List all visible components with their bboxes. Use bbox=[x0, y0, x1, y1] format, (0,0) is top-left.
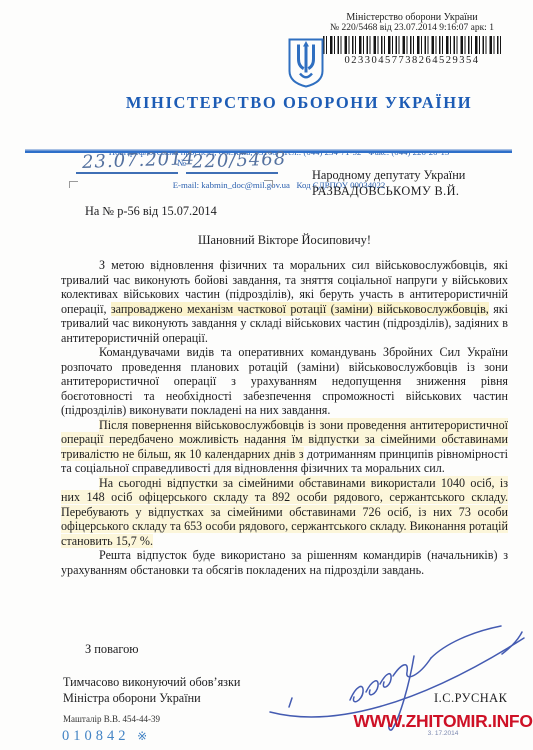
executor-contact: Машталір В.В. 454-44-39 bbox=[63, 714, 160, 724]
registration-stamp: Міністерство оборони України № 220/5468 … bbox=[298, 12, 526, 66]
stamp-ministry-line: Міністерство оборони України bbox=[298, 12, 526, 23]
corner-mark-left bbox=[69, 181, 78, 188]
number-blank-line bbox=[186, 172, 278, 174]
scanned-letter-page: Міністерство оборони України № 220/5468 … bbox=[0, 0, 533, 750]
paragraph-4: На сьогодні відпустки за сімейними обста… bbox=[61, 476, 508, 549]
paragraph-1-highlight: запроваджено механізм часткової ротації … bbox=[111, 302, 489, 316]
barcode bbox=[323, 36, 501, 54]
signer-name: І.С.РУСНАК bbox=[434, 691, 507, 706]
paragraph-2: Командувачами видів та оперативних коман… bbox=[61, 345, 508, 418]
site-watermark: WWW.ZHITOMIR.INFO 3. 17.2014 bbox=[353, 711, 533, 737]
paragraph-1: З метою відновлення фізичних та моральни… bbox=[61, 258, 508, 345]
addressee-role: Народному депутату України bbox=[312, 168, 465, 184]
salutation: Шановний Вікторе Йосиповичу! bbox=[61, 233, 508, 248]
addressee-name: РАЗВАДОВСЬКОМУ В.Й. bbox=[312, 184, 465, 200]
stamp-number-line: № 220/5468 від 23.07.2014 9:16:07 арк: 1 bbox=[298, 23, 526, 33]
trident-emblem-icon bbox=[286, 37, 326, 90]
regards: З повагою bbox=[85, 642, 139, 657]
letter-body: З метою відновлення фізичних та моральни… bbox=[61, 258, 508, 577]
position-line-2: Міністра оборони України bbox=[63, 690, 240, 706]
addressee-block: Народному депутату України РАЗВАДОВСЬКОМ… bbox=[312, 168, 465, 199]
watermark-text: WWW.ZHITOMIR.INFO bbox=[353, 711, 533, 732]
position-line-1: Тимчасово виконуючий обов’язки bbox=[63, 674, 240, 690]
paragraph-5: Решта відпусток буде використано за ріше… bbox=[61, 548, 508, 577]
form-number-digits: 010842 bbox=[62, 728, 130, 744]
date-blank-line bbox=[76, 172, 178, 174]
form-number-symbol: ※ bbox=[137, 729, 147, 743]
paragraph-3: Після повернення військовослужбовців із … bbox=[61, 418, 508, 476]
form-number: 010842 ※ bbox=[62, 728, 147, 745]
corner-mark-right bbox=[264, 180, 273, 187]
signer-position: Тимчасово виконуючий обов’язки Міністра … bbox=[63, 674, 240, 706]
ministry-title: МІНІСТЕРСТВО ОБОРОНИ УКРАЇНИ bbox=[40, 93, 533, 113]
paragraph-4-highlight: На сьогодні відпустки за сімейними обста… bbox=[61, 476, 508, 548]
handwritten-number: 220/5468 bbox=[192, 148, 287, 172]
reply-reference: На № р-56 від 15.07.2014 bbox=[85, 204, 217, 219]
number-sign: № bbox=[177, 159, 186, 169]
barcode-number: 02330457738264529354 bbox=[298, 55, 526, 66]
